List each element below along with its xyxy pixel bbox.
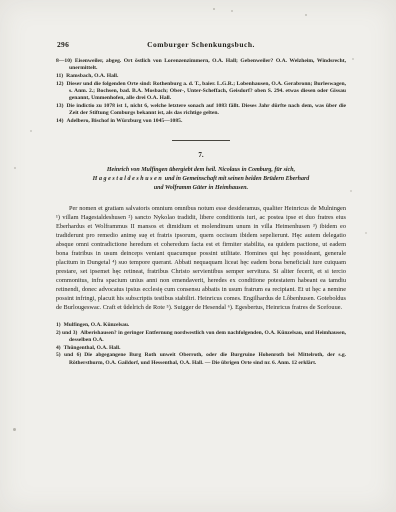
charter-body-text: Per nomen et gratiam salvatoris omnium o… xyxy=(56,204,346,312)
footnote-text: Mulfingen, O.A. Künzelsau. xyxy=(64,322,130,328)
charter-number: 7. xyxy=(56,151,346,159)
footnote-item: 8—10)Eisenweiler, abgeg. Ort östlich von… xyxy=(56,58,346,72)
footnote-item: 2) und 3)Alberishausen? in geringer Entf… xyxy=(56,330,346,344)
charter-heading-line: Heinrich von Mulfingen übergiebt dem hei… xyxy=(56,166,346,175)
section-divider-rule xyxy=(172,140,230,141)
footnote-item: 1)Mulfingen, O.A. Künzelsau. xyxy=(56,322,346,329)
footnote-item: 14)Adelbero, Bischof in Würzburg von 104… xyxy=(56,118,346,125)
footnote-label: 8—10) xyxy=(56,58,72,64)
footnote-label: 1) xyxy=(56,322,61,328)
scan-speckle xyxy=(352,58,354,60)
footnote-label: 12) xyxy=(56,81,63,87)
running-header: 296 Comburger Schenkungsbuch. xyxy=(56,40,346,49)
scan-speckle xyxy=(365,232,367,234)
scan-speckle xyxy=(305,14,307,16)
scan-speckle xyxy=(350,190,352,192)
footnote-label: 14) xyxy=(56,118,63,124)
scan-speckle xyxy=(14,167,16,169)
footnote-item: 11)Ramsbach, O.A. Hall. xyxy=(56,73,346,80)
footnote-text: Dieser und die folgenden Orte sind: Roth… xyxy=(66,81,346,101)
letterspaced-placename: Hagestaldeshusen xyxy=(93,176,164,182)
scan-speckle xyxy=(13,428,16,431)
charter-heading: Heinrich von Mulfingen übergiebt dem hei… xyxy=(56,166,346,193)
footnote-item: 13)Die indictio zu 1078 ist 1, nicht 6, … xyxy=(56,103,346,117)
charter-heading-line: Hagestaldeshusen und in Gemeinschaft mit… xyxy=(56,175,346,184)
scanned-book-page: 296 Comburger Schenkungsbuch. 8—10)Eisen… xyxy=(0,0,396,512)
footnote-text: Die indictio zu 1078 ist 1, nicht 6, wel… xyxy=(66,103,346,116)
footnote-label: 4) xyxy=(56,345,61,351)
footnote-label: 11) xyxy=(56,73,63,79)
charter-heading-line-rest: und in Gemeinschaft mit seinen beiden Br… xyxy=(163,176,309,182)
footnote-text: Alberishausen? in geringer Entfernung no… xyxy=(69,330,346,343)
footnote-label: 2) und 3) xyxy=(56,330,77,336)
scan-speckle xyxy=(231,10,233,12)
footnote-text: Ramsbach, O.A. Hall. xyxy=(66,73,118,79)
scan-speckle xyxy=(213,8,215,10)
page-title: Comburger Schenkungsbuch. xyxy=(147,40,255,49)
charter-heading-line: und Wolframm Güter in Heimhausen. xyxy=(56,184,346,193)
footnote-item: 12)Dieser und die folgenden Orte sind: R… xyxy=(56,81,346,103)
page-number: 296 xyxy=(57,40,69,49)
page-content: 296 Comburger Schenkungsbuch. 8—10)Eisen… xyxy=(56,40,346,367)
footnote-block-bottom: 1)Mulfingen, O.A. Künzelsau. 2) und 3)Al… xyxy=(56,322,346,367)
scan-speckle xyxy=(30,130,32,132)
footnote-block-top: 8—10)Eisenweiler, abgeg. Ort östlich von… xyxy=(56,58,346,125)
footnote-text: Die abgegangene Burg Roth unweit Oberrot… xyxy=(69,352,346,365)
footnote-text: Thüngenthal, O.A. Hall. xyxy=(64,345,121,351)
footnote-text: Adelbero, Bischof in Würzburg von 1045—1… xyxy=(66,118,182,124)
footnote-text: Eisenweiler, abgeg. Ort östlich von Lore… xyxy=(69,58,346,71)
footnote-item: 4)Thüngenthal, O.A. Hall. xyxy=(56,345,346,352)
footnote-label: 5) und 6) xyxy=(56,352,81,358)
footnote-item: 5) und 6)Die abgegangene Burg Roth unwei… xyxy=(56,352,346,366)
footnote-label: 13) xyxy=(56,103,63,109)
